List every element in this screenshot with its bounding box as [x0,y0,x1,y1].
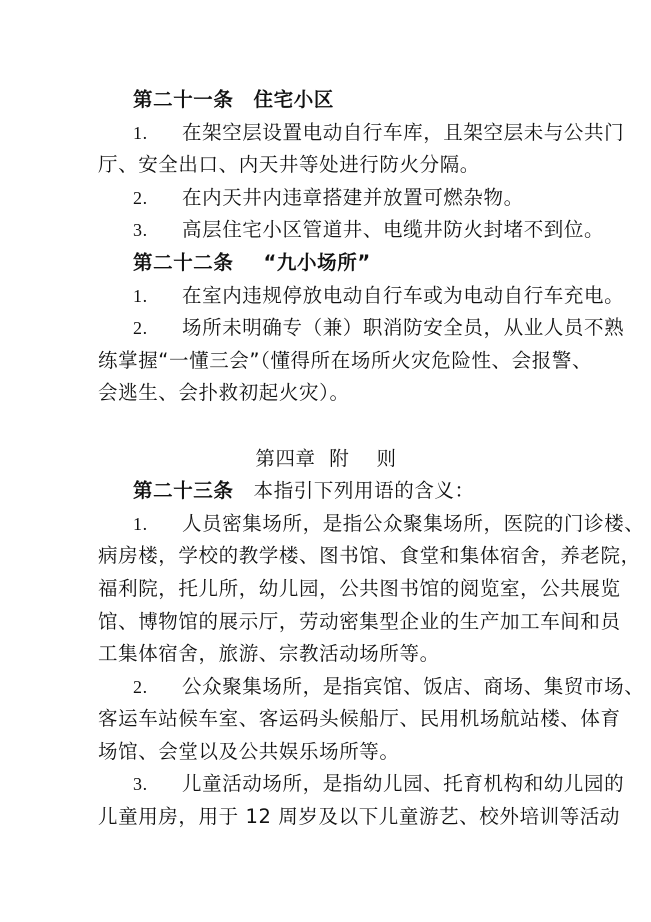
item-text: 公众聚集场所，是指宾馆、饭店、商场、集贸市场、 [182,675,644,698]
article-number: 第二十三条 [133,479,234,502]
item-text: 人员密集场所，是指公众聚集场所，医院的门诊楼、 [182,512,644,535]
item-text: 在室内违规停放电动自行车或为电动自行车充电。 [182,284,624,307]
list-item: 2.在内天井内违章搭建并放置可燃杂物。 [98,182,554,215]
list-item: 2.公众聚集场所，是指宾馆、饭店、商场、集贸市场、 [98,671,554,704]
item-number: 2. [133,182,182,215]
list-item: 1.人员密集场所，是指公众聚集场所，医院的门诊楼、 [98,508,554,541]
item-number: 1. [133,117,182,150]
item-text-continuation: 厅、安全出口、内天井等处进行防火分隔。 [98,149,554,182]
article-subject: 住宅小区 [254,88,334,111]
item-text-continuation: 会逃生、会扑救初起火灾）。 [98,377,554,410]
article-heading: 第二十三条本指引下列用语的含义： [98,475,554,508]
article-number: 第二十一条 [133,88,234,111]
item-text-continuation: 福利院，托儿所，幼儿园，公共图书馆的阅览室，公共展览 [98,573,554,606]
item-text-continuation: 馆、博物馆的展示厅，劳动密集型企业的生产加工车间和员 [98,606,554,639]
item-text-continuation: 工集体宿舍，旅游、宗教活动场所等。 [98,638,554,671]
document-page: 第二十一条住宅小区 1.在架空层设置电动自行车库，且架空层未与公共门 厅、安全出… [98,84,554,834]
list-item: 1.在室内违规停放电动自行车或为电动自行车充电。 [98,280,554,313]
article-heading: 第二十一条住宅小区 [98,84,554,117]
list-item: 3.高层住宅小区管道井、电缆井防火封堵不到位。 [98,214,554,247]
item-text: 场所未明确专（兼）职消防安全员，从业人员不熟 [182,316,624,339]
item-text-continuation: 儿童用房，用于 12 周岁及以下儿童游艺、校外培训等活动 [98,801,554,834]
item-number: 3. [133,768,182,801]
item-text: 在架空层设置电动自行车库，且架空层未与公共门 [182,121,624,144]
item-number: 2. [133,312,182,345]
item-text: 在内天井内违章搭建并放置可燃杂物。 [182,186,524,209]
item-text-continuation: 练掌握“一懂三会”（懂得所在场所火灾危险性、会报警、 [98,345,554,378]
article-subject: “九小场所” [264,251,371,274]
item-text-continuation: 病房楼，学校的教学楼、图书馆、食堂和集体宿舍，养老院， [98,540,554,573]
item-text-continuation: 场馆、会堂以及公共娱乐场所等。 [98,736,554,769]
item-number: 3. [133,214,182,247]
item-text: 高层住宅小区管道井、电缆井防火封堵不到位。 [182,218,604,241]
chapter-heading: 第四章 附 则 [98,443,554,476]
list-item: 2.场所未明确专（兼）职消防安全员，从业人员不熟 [98,312,554,345]
article-number: 第二十二条 [133,251,234,274]
article-subject: 本指引下列用语的含义： [254,479,475,502]
item-number: 1. [133,508,182,541]
item-number: 2. [133,671,182,704]
article-heading: 第二十二条“九小场所” [98,247,554,280]
list-item: 1.在架空层设置电动自行车库，且架空层未与公共门 [98,117,554,150]
blank-line [98,410,554,443]
item-text: 儿童活动场所，是指幼儿园、托育机构和幼儿园的 [182,772,624,795]
item-text-continuation: 客运车站候车室、客运码头候船厅、民用机场航站楼、体育 [98,703,554,736]
item-number: 1. [133,280,182,313]
list-item: 3.儿童活动场所，是指幼儿园、托育机构和幼儿园的 [98,768,554,801]
